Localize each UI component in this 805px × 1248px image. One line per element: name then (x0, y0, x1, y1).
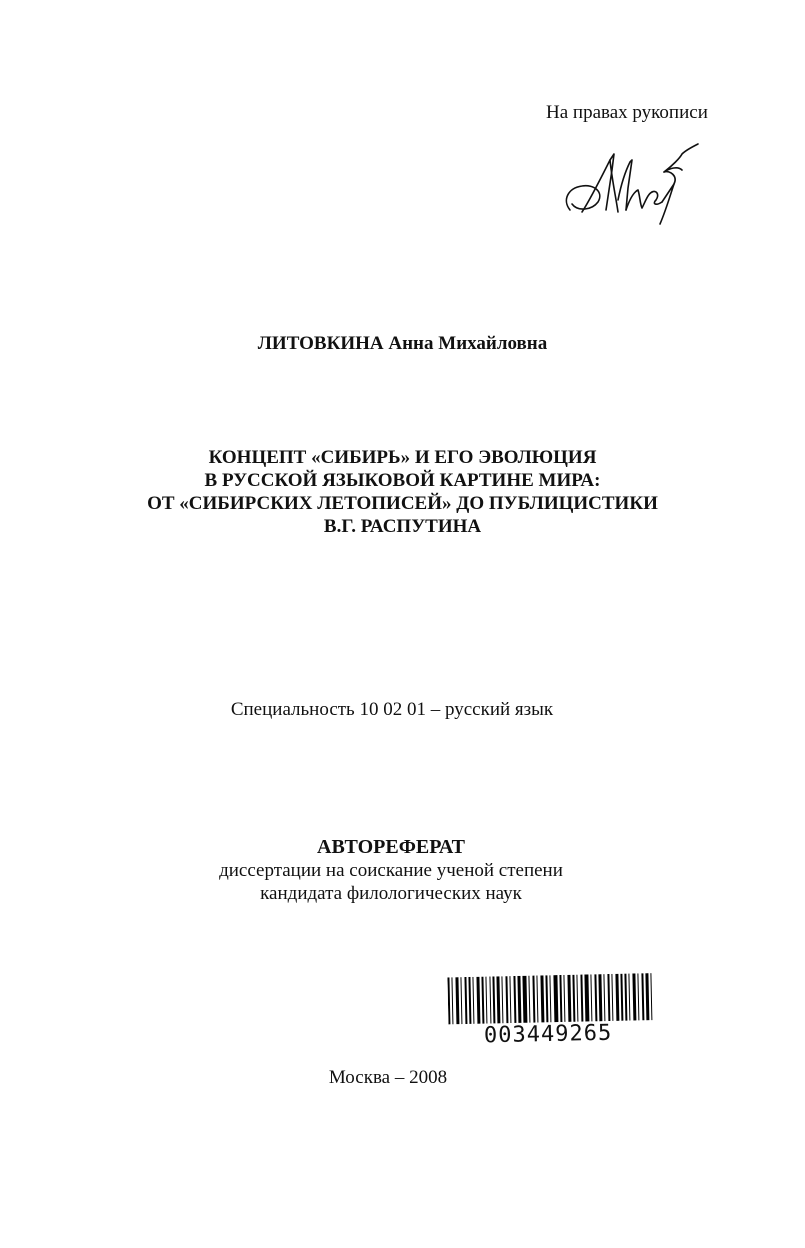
author-surname: ЛИТОВКИНА (258, 333, 384, 354)
title-line: В.Г. РАСПУТИНА (0, 515, 805, 538)
barcode-number: 003449265 (484, 1021, 613, 1049)
title-line: КОНЦЕПТ «СИБИРЬ» И ЕГО ЭВОЛЮЦИЯ (0, 446, 805, 469)
abstract-line: диссертации на соискание ученой степени (0, 859, 782, 882)
dissertation-title: КОНЦЕПТ «СИБИРЬ» И ЕГО ЭВОЛЮЦИЯ В РУССКО… (0, 446, 805, 538)
author-given-names: Анна Михайловна (388, 333, 547, 354)
abstract-block: АВТОРЕФЕРАТ диссертации на соискание уче… (0, 836, 782, 905)
title-line: ОТ «СИБИРСКИХ ЛЕТОПИСЕЙ» ДО ПУБЛИЦИСТИКИ (0, 492, 805, 515)
place-year: Москва – 2008 (0, 1067, 776, 1089)
rights-notice: На правах рукописи (546, 102, 708, 124)
signature-icon (560, 140, 700, 230)
title-line: В РУССКОЙ ЯЗЫКОВОЙ КАРТИНЕ МИРА: (0, 469, 805, 492)
abstract-heading: АВТОРЕФЕРАТ (0, 836, 782, 859)
author-name: ЛИТОВКИНА Анна Михайловна (0, 333, 805, 355)
specialty: Специальность 10 02 01 – русский язык (0, 699, 784, 721)
abstract-line: кандидата филологических наук (0, 882, 782, 905)
